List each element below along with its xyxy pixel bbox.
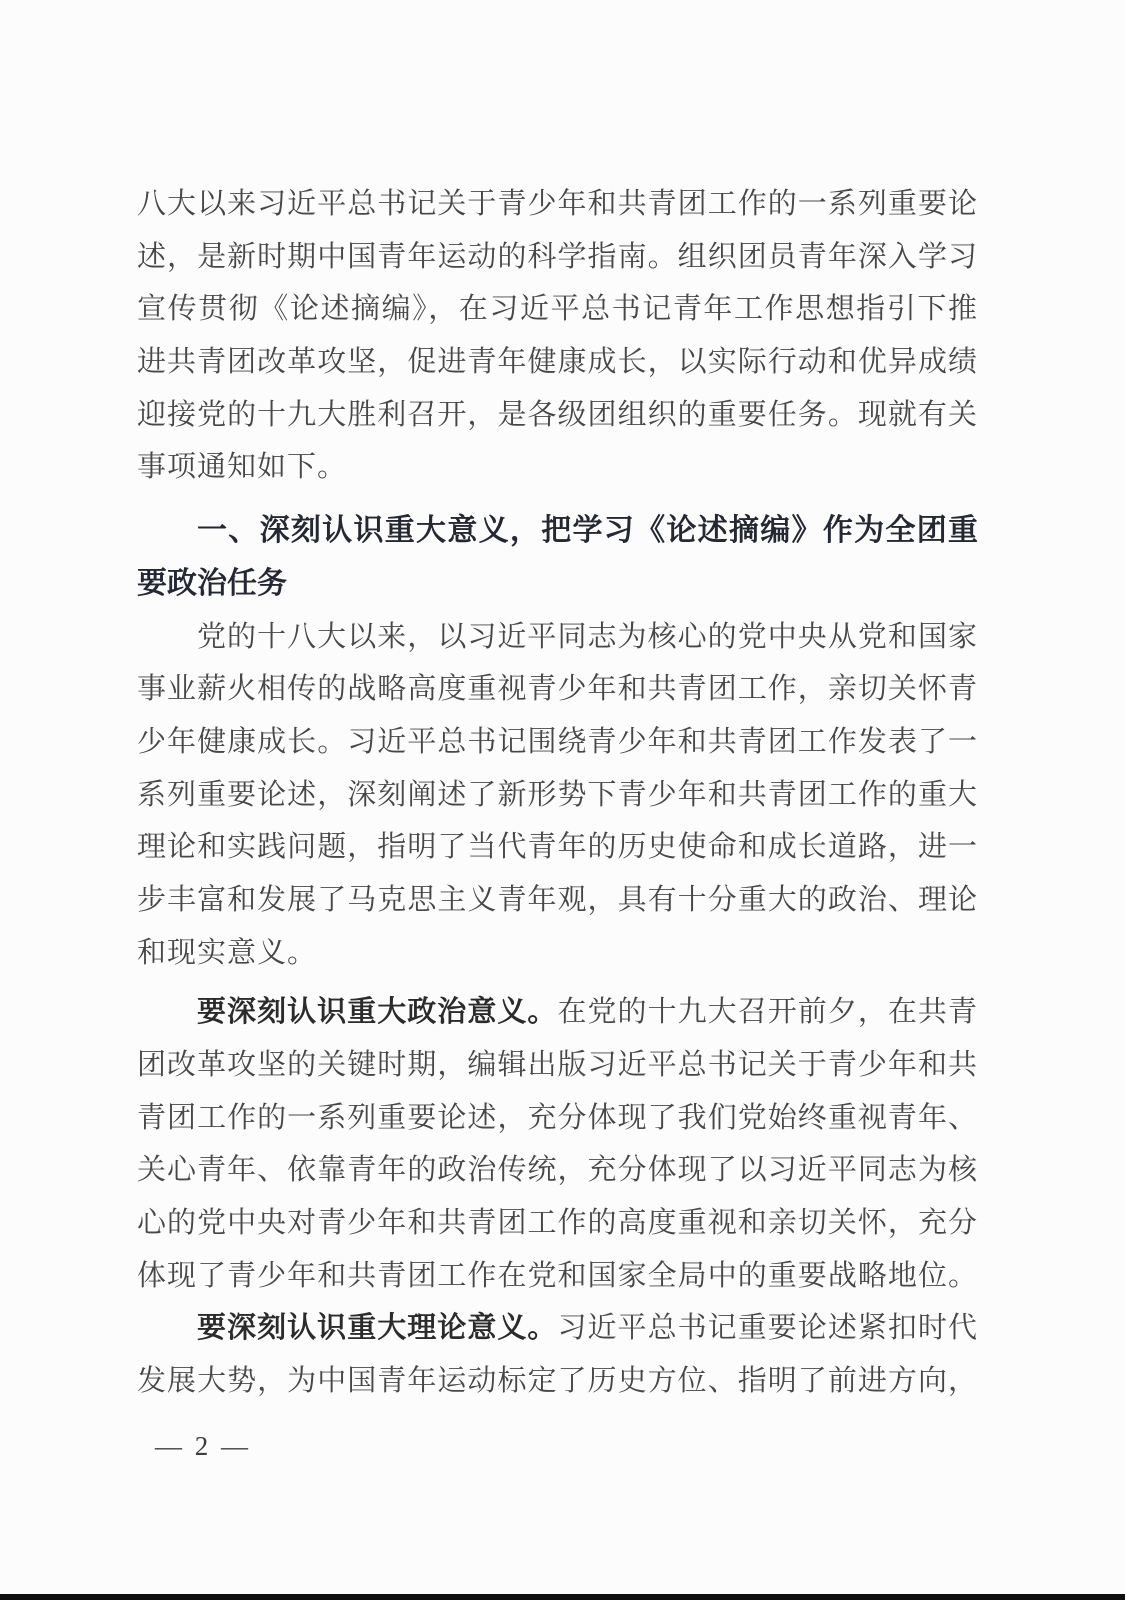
text-line: 宣传贯彻《论述摘编》，在习近平总书记青年工作思想指引下推 <box>137 283 978 336</box>
heading-line: 一、深刻认识重大意义，把学习《论述摘编》作为全团重 <box>137 505 978 558</box>
lead-line-rest: 习近平总书记重要论述紧扣时代 <box>557 1312 978 1344</box>
text-line: 事业薪火相传的战略高度重视青少年和共青团工作，亲切关怀青 <box>137 663 978 716</box>
section-heading: 一、深刻认识重大意义，把学习《论述摘编》作为全团重 要政治任务 <box>137 505 978 610</box>
text-line: 系列重要论述，深刻阐述了新形势下青少年和共青团工作的重大 <box>137 769 978 822</box>
text-line: 进共青团改革攻坚，促进青年健康成长，以实际行动和优异成绩 <box>137 336 978 389</box>
text-line: 青团工作的一系列重要论述，充分体现了我们党始终重视青年、 <box>137 1092 978 1145</box>
text-line: 发展大势，为中国青年运动标定了历史方位、指明了前进方向， <box>137 1355 978 1408</box>
paragraph-theoretical-significance: 要深刻认识重大理论意义。习近平总书记重要论述紧扣时代 发展大势，为中国青年运动标… <box>137 1302 978 1407</box>
text-line: 关心青年、依靠青年的政治传统，充分体现了以习近平同志为核 <box>137 1144 978 1197</box>
text-line: 迎接党的十九大胜利召开，是各级团组织的重要任务。现就有关 <box>137 389 978 442</box>
text-line: 八大以来习近平总书记关于青少年和共青团工作的一系列重要论 <box>137 178 978 231</box>
text-line: 步丰富和发展了马克思主义青年观，具有十分重大的政治、理论 <box>137 874 978 927</box>
text-line: 党的十八大以来，以习近平同志为核心的党中央从党和国家 <box>137 611 978 664</box>
bold-lead-in: 要深刻认识重大理论意义。 <box>197 1312 557 1344</box>
lead-line-rest: 在党的十九大召开前夕，在共青 <box>557 996 978 1028</box>
document-body: 八大以来习近平总书记关于青少年和共青团工作的一系列重要论 述，是新时期中国青年运… <box>137 178 978 1408</box>
paragraph-overview: 党的十八大以来，以习近平同志为核心的党中央从党和国家 事业薪火相传的战略高度重视… <box>137 611 978 980</box>
text-line: 少年健康成长。习近平总书记围绕青少年和共青团工作发表了一 <box>137 716 978 769</box>
text-line: 理论和实践问题，指明了当代青年的历史使命和成长道路，进一 <box>137 821 978 874</box>
text-line: 要深刻认识重大政治意义。在党的十九大召开前夕，在共青 <box>137 986 978 1039</box>
text-line: 团改革攻坚的关键时期，编辑出版习近平总书记关于青少年和共 <box>137 1039 978 1092</box>
paragraph-continuation: 八大以来习近平总书记关于青少年和共青团工作的一系列重要论 述，是新时期中国青年运… <box>137 178 978 494</box>
bold-lead-in: 要深刻认识重大政治意义。 <box>197 996 557 1028</box>
heading-line: 要政治任务 <box>137 558 978 611</box>
scan-edge-bar <box>0 1594 1125 1600</box>
text-line: 体现了青少年和共青团工作在党和国家全局中的重要战略地位。 <box>137 1250 978 1303</box>
text-line: 和现实意义。 <box>137 927 978 980</box>
page-number: — 2 — <box>155 1430 251 1462</box>
paragraph-political-significance: 要深刻认识重大政治意义。在党的十九大召开前夕，在共青 团改革攻坚的关键时期，编辑… <box>137 986 978 1302</box>
text-line: 要深刻认识重大理论意义。习近平总书记重要论述紧扣时代 <box>137 1302 978 1355</box>
text-line: 述，是新时期中国青年运动的科学指南。组织团员青年深入学习 <box>137 231 978 284</box>
text-line: 心的党中央对青少年和共青团工作的高度重视和亲切关怀，充分 <box>137 1197 978 1250</box>
text-line: 事项通知如下。 <box>137 441 978 494</box>
